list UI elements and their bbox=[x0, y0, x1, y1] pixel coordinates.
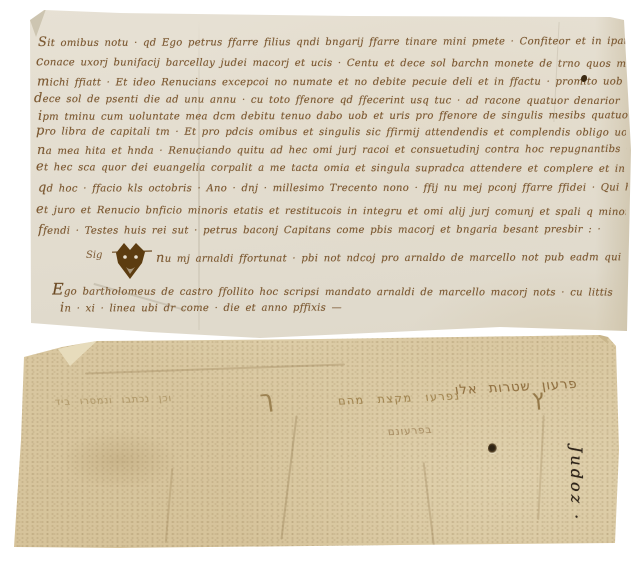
hebrew-flourish: ץ bbox=[531, 385, 545, 411]
hebrew-inscription: וכן נכתבו ונמסרו ביד bbox=[54, 393, 173, 408]
manuscript-line: michi ffiatt · Et ideo Renucians excepco… bbox=[37, 74, 627, 89]
wrinkle-line bbox=[423, 462, 436, 550]
sig-word: Sig bbox=[86, 250, 102, 261]
manuscript-line: Sit omibus notu · qd Ego petrus ffarre f… bbox=[38, 34, 628, 50]
manuscript-line: conace uxorj bunifacij barcellay judei m… bbox=[36, 55, 626, 71]
manuscript-line: ffendi · Testes huis rei sut · petrus ba… bbox=[38, 222, 601, 237]
hebrew-flourish: ך bbox=[258, 384, 275, 414]
manuscript-photo: Sit omibus notu · qd Ego petrus ffarre f… bbox=[0, 0, 640, 562]
stain-patch bbox=[60, 430, 180, 490]
manuscript-line: na mea hita et hnda · Renuciando quitu a… bbox=[37, 142, 627, 158]
wrinkle-line bbox=[280, 415, 297, 539]
hebrew-inscription: פרעון שטרות אלו bbox=[454, 377, 579, 398]
manuscript-line: dece sol de psenti die ad unu annu · cu … bbox=[34, 92, 624, 108]
notary-subscription-line: nu mj arnaldi ffortunat · pbi not ndcoj … bbox=[156, 250, 621, 266]
manuscript-line: ipm tminu cum uoluntate mea dcm debitu t… bbox=[38, 108, 628, 124]
scribe-subscription-line: in · xi · linea ubi dr come · die et ann… bbox=[60, 301, 342, 316]
manuscript-line: pro libra de capitali tm · Et pro pdcis … bbox=[36, 124, 626, 139]
manuscript-line: et hec sca quor dei euangelia corpalit a… bbox=[36, 160, 626, 176]
wrinkle-line bbox=[537, 415, 544, 520]
hebrew-inscription: נפרעו מקצת מהם bbox=[337, 389, 461, 407]
manuscript-line: qd hoc · ffacio kls octobris · Ano · dnj… bbox=[38, 180, 628, 195]
wrinkle-line bbox=[165, 468, 174, 543]
wrinkle-line bbox=[85, 363, 345, 374]
wormhole bbox=[488, 443, 497, 454]
manuscript-line: et juro et Renucio bnficio minoris etati… bbox=[36, 203, 626, 219]
vertical-docket: Judoz · bbox=[567, 446, 586, 522]
scribe-subscription-line: Ego bartholomeus de castro ffollito hoc … bbox=[52, 283, 617, 300]
notarial-sign-icon bbox=[112, 241, 152, 283]
hebrew-inscription-line2: בפרעונם bbox=[387, 425, 433, 438]
